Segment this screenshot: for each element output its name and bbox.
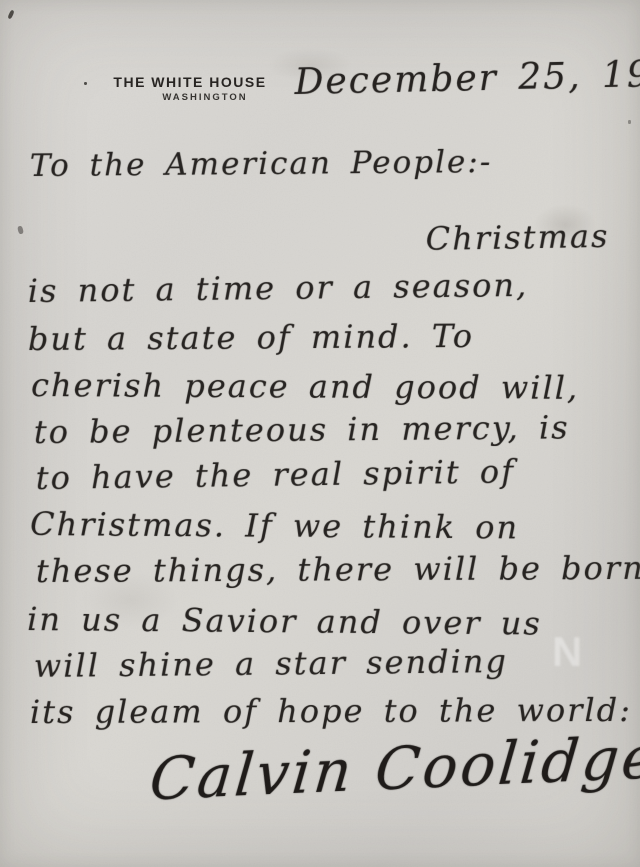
handwritten-line: to have the real spirit of (35, 452, 515, 497)
salutation-line: To the American People:- (30, 144, 493, 184)
handwritten-line: will shine a star sending (34, 642, 508, 685)
handwritten-line: to be plenteous in mercy, is (34, 408, 570, 451)
handwritten-line: is not a time or a season, (28, 266, 529, 310)
handwritten-date: December 25, 1927. (294, 53, 640, 103)
handwritten-line: its gleam of hope to the world: (30, 691, 632, 731)
letterhead-washington: WASHINGTON (150, 92, 260, 103)
handwritten-line: Christmas. If we think on (30, 505, 519, 546)
scan-speck (628, 120, 631, 124)
scan-speck (17, 225, 24, 234)
faint-watermark-letter: N (552, 628, 582, 676)
handwritten-line: these things, there will be born (36, 549, 640, 590)
letterhead-white-house: THE WHITE HOUSE (112, 74, 268, 90)
scan-speck (7, 10, 14, 20)
handwritten-line: cherish peace and good will, (31, 366, 579, 407)
handwritten-line: Christmas (426, 217, 610, 258)
handwritten-line: in us a Savior and over us (27, 600, 542, 642)
handwritten-line: but a state of mind. To (28, 317, 474, 358)
scan-speck (84, 82, 87, 85)
signature-calvin-coolidge: Calvin Coolidge (147, 725, 623, 814)
letter-page: THE WHITE HOUSE WASHINGTON December 25, … (0, 0, 640, 867)
